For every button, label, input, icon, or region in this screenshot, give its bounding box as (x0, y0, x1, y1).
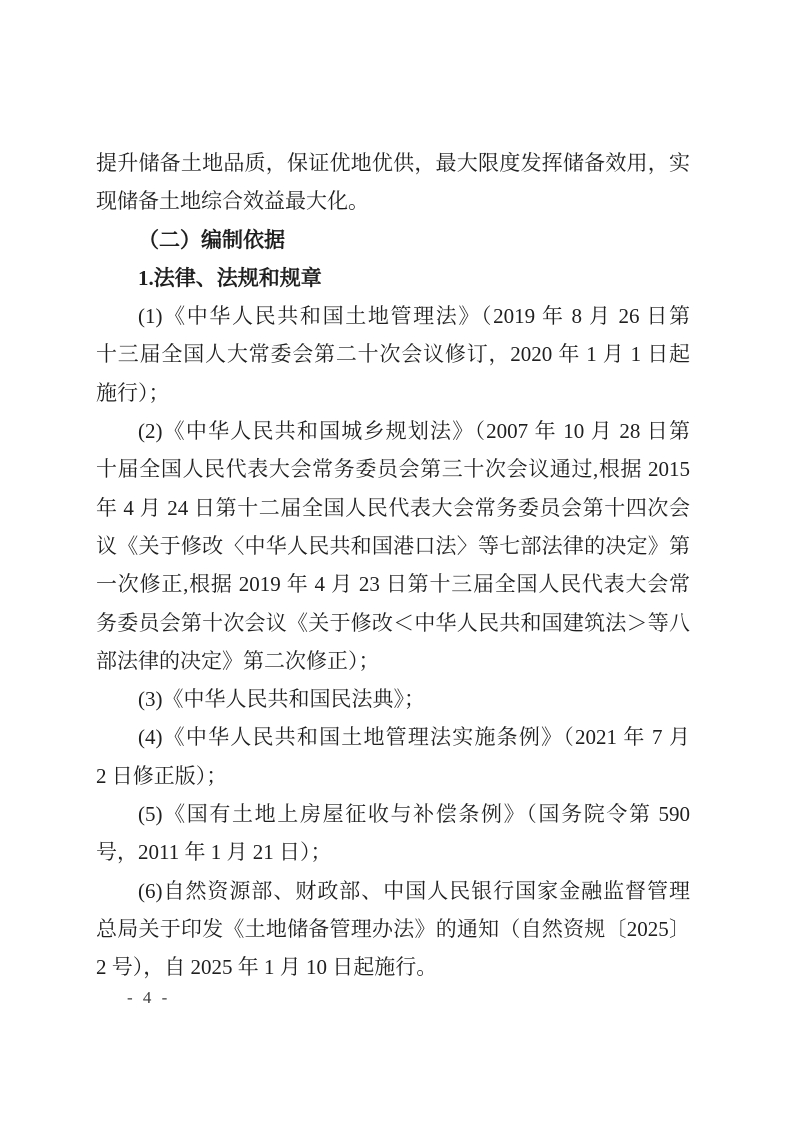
document-body: 提升储备土地品质，保证优地优供，最大限度发挥储备效用，实现储备土地综合效益最大化… (96, 144, 690, 987)
body-paragraph-continuation: 提升储备土地品质，保证优地优供，最大限度发挥储备效用，实现储备土地综合效益最大化… (96, 144, 690, 221)
list-item-4-land-law-implementation-regulations: (4)《中华人民共和国土地管理法实施条例》（2021 年 7 月2 日修正版）； (96, 718, 690, 795)
text-line: （二）编制依据 (96, 221, 690, 259)
text-line: 十届全国人民代表大会常务委员会第三十次会议通过,根据 2015 (96, 450, 690, 488)
list-item-1-land-administration-law: (1)《中华人民共和国土地管理法》（2019 年 8 月 26 日第十三届全国人… (96, 297, 690, 412)
text-line: (3)《中华人民共和国民法典》； (96, 680, 690, 718)
text-line: 1.法律、法规和规章 (96, 259, 690, 297)
text-line: 务委员会第十次会议《关于修改＜中华人民共和国建筑法＞等八 (96, 604, 690, 642)
text-line: 一次修正,根据 2019 年 4 月 23 日第十三届全国人民代表大会常 (96, 565, 690, 603)
text-line: 2 号），自 2025 年 1 月 10 日起施行。 (96, 948, 690, 986)
text-line: (4)《中华人民共和国土地管理法实施条例》（2021 年 7 月 (96, 718, 690, 756)
heading-section-2-basis: （二）编制依据 (96, 221, 690, 259)
text-line: 施行）； (96, 374, 690, 412)
list-item-2-urban-rural-planning-law: (2)《中华人民共和国城乡规划法》（2007 年 10 月 28 日第十届全国人… (96, 412, 690, 680)
text-line: (5)《国有土地上房屋征收与补偿条例》（国务院令第 590 (96, 795, 690, 833)
text-line: 部法律的决定》第二次修正）； (96, 642, 690, 680)
text-line: (2)《中华人民共和国城乡规划法》（2007 年 10 月 28 日第 (96, 412, 690, 450)
list-item-3-civil-code: (3)《中华人民共和国民法典》； (96, 680, 690, 718)
text-line: 十三届全国人大常委会第二十次会议修订，2020 年 1 月 1 日起 (96, 335, 690, 373)
list-item-6-land-reserve-measures-notice: (6)自然资源部、财政部、中国人民银行国家金融监督管理总局关于印发《土地储备管理… (96, 872, 690, 987)
heading-1-laws-regulations: 1.法律、法规和规章 (96, 259, 690, 297)
text-line: (6)自然资源部、财政部、中国人民银行国家金融监督管理 (96, 872, 690, 910)
text-line: 年 4 月 24 日第十二届全国人民代表大会常务委员会第十四次会 (96, 489, 690, 527)
list-item-5-housing-expropriation-regulations: (5)《国有土地上房屋征收与补偿条例》（国务院令第 590号，2011 年 1 … (96, 795, 690, 872)
text-line: 号，2011 年 1 月 21 日）； (96, 833, 690, 871)
text-line: 现储备土地综合效益最大化。 (96, 182, 690, 220)
page-number: - 4 - (127, 987, 170, 1009)
text-line: (1)《中华人民共和国土地管理法》（2019 年 8 月 26 日第 (96, 297, 690, 335)
text-line: 提升储备土地品质，保证优地优供，最大限度发挥储备效用，实 (96, 144, 690, 182)
page-footer: - 4 - (96, 987, 690, 1009)
document-page: 提升储备土地品质，保证优地优供，最大限度发挥储备效用，实现储备土地综合效益最大化… (0, 0, 793, 1122)
text-line: 议《关于修改〈中华人民共和国港口法〉等七部法律的决定》第 (96, 527, 690, 565)
text-line: 2 日修正版）； (96, 757, 690, 795)
text-line: 总局关于印发《土地储备管理办法》的通知（自然资规〔2025〕 (96, 910, 690, 948)
